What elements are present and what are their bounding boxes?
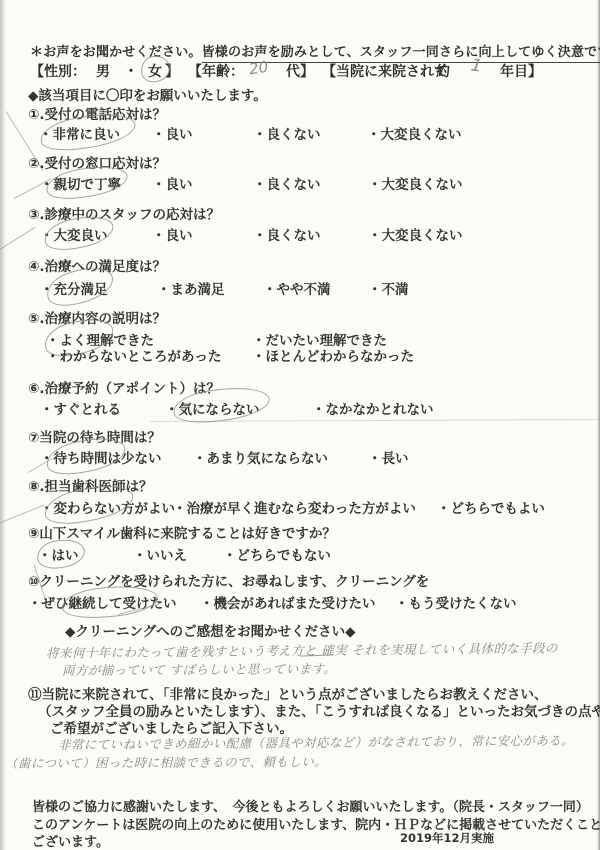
option: ・どちらでもよい <box>437 497 545 517</box>
option: ・充分満足 <box>40 278 108 298</box>
question-3-options: ・大変良い ・良い ・良くない ・大変良くない <box>0 224 600 246</box>
option: ・機会があればまた受けたい <box>200 592 376 612</box>
option: ・非常に良い <box>39 123 120 143</box>
visit-about: 約 <box>436 61 450 81</box>
option: ・すぐとれる <box>40 398 121 418</box>
age-close: 代】 <box>286 61 314 81</box>
footer-line-2: このアンケートは医院の向上のために使用いたします、院内・ＨＰなどに掲載させていた… <box>32 814 600 833</box>
scanned-survey-page: { "colors":{"paper":"#fcfbf8","printed_t… <box>0 0 600 850</box>
option: ・どちらでもない <box>223 544 331 564</box>
question-8-options: ・変わらない方がよい ・治療が早く進むなら変わった方がよい ・どちらでもよい <box>0 497 600 519</box>
question-5-label: ⑤.治療内容の説明は？ <box>28 307 166 327</box>
question-7-label: ⑦当院の待ち時間は？ <box>28 426 161 446</box>
option: ・大変良くない <box>367 123 462 143</box>
option: ・はい <box>38 544 79 564</box>
option: ・不満 <box>368 278 409 298</box>
option: ・良い <box>152 224 193 244</box>
option: ・良くない <box>253 224 321 244</box>
sex-label: 【性別： <box>30 61 86 81</box>
cleaning-section-heading: ◆クリーニングへのご感想をお聞かせください◆ <box>65 620 356 640</box>
question-4-options: ・充分満足 ・まあ満足 ・やや不満 ・不満 <box>0 278 600 300</box>
option: ・なかなかとれない <box>312 398 434 418</box>
question-7-options: ・待ち時間は少ない ・あまり気にならない ・長い <box>0 447 600 469</box>
sex-separator: ・ <box>124 61 138 81</box>
option: ・ぜひ継続して受けたい <box>28 592 177 612</box>
age-label: 【年齢： <box>188 61 244 81</box>
cleaning-handwritten-comment-line-1: 将来何十年にわたって歯を残すという考え方と 確実 それを実現していく具体的な手段… <box>46 638 558 661</box>
option: ・あまり気にならない <box>193 447 328 467</box>
intro-prefix: ＊お声をお聞かせください。 <box>30 45 202 60</box>
age-handwritten-value: 20 <box>248 58 270 79</box>
question-3-label: ③.診療中のスタッフの応対は？ <box>28 203 220 223</box>
footer-line-3: ございます。 <box>32 831 109 850</box>
survey-date: 2019年12月実施 <box>400 830 494 846</box>
question-6-label: ⑥.治療予約（アポイント）は？ <box>28 377 220 397</box>
question-10-options: ・ぜひ継続して受けたい ・機会があればまた受けたい ・もう受けたくない <box>0 592 600 614</box>
question-2-options: ・親切で丁寧 ・良い ・良くない ・大変良くない <box>0 173 600 195</box>
option: ・やや不満 <box>263 278 331 298</box>
option: ・長い <box>368 447 409 467</box>
question-1-label: ①.受付の電話応対は？ <box>28 103 166 123</box>
question-1-options: ・非常に良い ・良い ・良くない ・大変良くない <box>0 123 600 145</box>
visit-close: 年目】 <box>500 61 542 81</box>
question-4-label: ④.治療への満足度は？ <box>28 255 166 275</box>
question-5-options-row-2: ・わからないところがあった ・ほとんどわからなかった <box>0 345 600 367</box>
question-9-label: ⑨山下スマイル歯科に来院することは好きですか？ <box>28 522 336 542</box>
option: ・良くない <box>253 123 321 143</box>
intro-line: ＊お声をお聞かせください。皆様のお声を励みとして、スタッフ一同さらに向上してゆく… <box>30 41 600 60</box>
footer-line-1: 皆様のご協力に感謝いたします、 今後ともよろしくお願いいたします。（院長・スタッ… <box>32 796 589 815</box>
question-10-label: ⑩クリーニングを受けられた方に、お尋ねします、クリーニングを <box>28 570 429 590</box>
option: ・良い <box>152 123 193 143</box>
option: ・大変良い <box>40 224 108 244</box>
question-6-options: ・すぐとれる ・気にならない ・なかなかとれない <box>0 398 600 420</box>
visit-handwritten-value: 1 <box>470 55 484 76</box>
option: ・いいえ <box>133 544 187 564</box>
option: ・治療が早く進むなら変わった方がよい <box>173 497 416 517</box>
option: ・大変良くない <box>368 224 463 244</box>
option: ・良い <box>152 173 193 193</box>
option: ・待ち時間は少ない <box>40 447 162 467</box>
option: ・変わらない方がよい <box>40 497 175 517</box>
question-2-label: ②.受付の窓口応対は？ <box>28 152 166 172</box>
visit-label: 【当院に来院されて <box>322 61 448 81</box>
option: ・ほとんどわからなかった <box>252 345 414 365</box>
sex-male: 男 <box>96 61 110 81</box>
option: ・もう受けたくない <box>395 592 517 612</box>
q11-handwritten-comment-line-1: 非常にていねいできめ細かい配慮（器具や対応など）がなされており、常に安心がある。 <box>58 731 574 754</box>
question-9-options: ・はい ・いいえ ・どちらでもない <box>0 544 600 566</box>
option: ・わからないところがあった <box>46 345 221 365</box>
sex-close: 】 <box>165 61 179 81</box>
instruction-line: ◆該当項目に〇印をお願いいたします。 <box>28 84 267 104</box>
option: ・大変良くない <box>368 173 463 193</box>
option: ・良くない <box>253 173 321 193</box>
cleaning-handwritten-comment-line-2: 両方が揃っていて すばらしいと思っています。 <box>62 659 336 679</box>
question-8-label: ⑧.担当歯科医師は？ <box>28 475 153 495</box>
sex-female: 女 <box>148 61 162 81</box>
option: ・親切で丁寧 <box>40 173 121 193</box>
q11-handwritten-comment-line-2: （歯について）困った時に相談できるので、頼もしい。 <box>5 752 327 772</box>
option: ・まあ満足 <box>157 278 225 298</box>
option: ・気にならない <box>165 398 260 418</box>
